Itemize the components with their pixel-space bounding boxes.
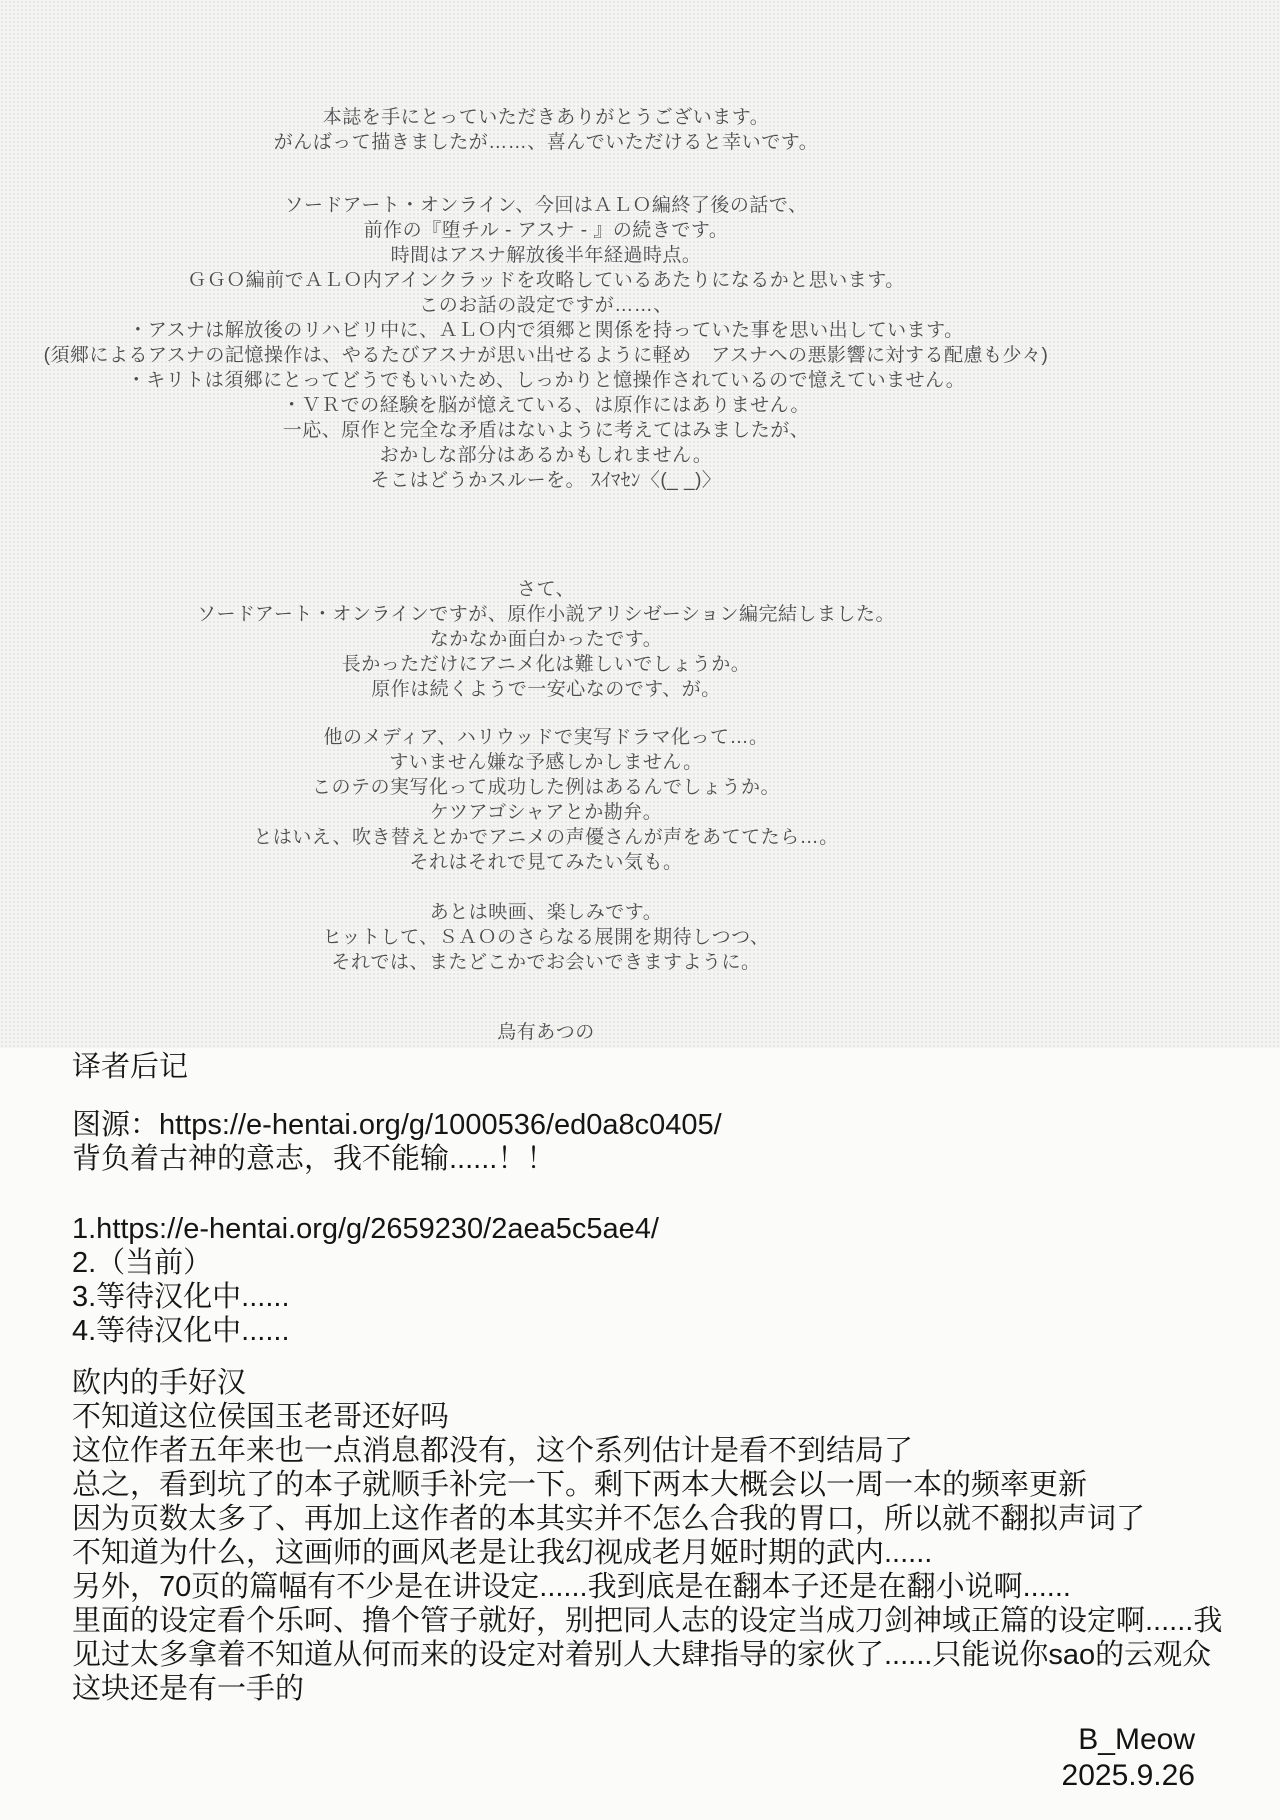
comment-line: 另外，70页的篇幅有不少是在讲设定......我到底是在翻本子还是在翻小说啊..…: [72, 1570, 1222, 1604]
series-list-item: 1.https://e-hentai.org/g/2659230/2aea5c5…: [72, 1212, 1222, 1246]
jp-line: なかなか面白かったです。: [0, 627, 1092, 652]
jp-line: それはそれで見てみたい気も。: [0, 850, 1092, 875]
credit-name: B_Meow: [1062, 1722, 1195, 1758]
note-source-lines: 图源：https://e-hentai.org/g/1000536/ed0a8c…: [72, 1108, 1222, 1176]
jp-line: ソードアート・オンラインですが、原作小説アリシゼーション編完結しました。: [0, 602, 1092, 627]
translator-credit: B_Meow 2025.9.26: [1062, 1722, 1195, 1794]
jp-line: おかしな部分はあるかもしれません。: [0, 443, 1092, 468]
jp-line: 前作の『堕チル - アスナ - 』の続きです。: [0, 218, 1092, 243]
jp-line: このテの実写化って成功した例はあるんでしょうか。: [0, 775, 1092, 800]
comment-line: 不知道为什么，这画师的画风老是让我幻视成老月姬时期的武内......: [72, 1536, 1222, 1570]
jp-line: 本誌を手にとっていただきありがとうございます。: [0, 105, 1092, 130]
jp-line: 原作は続くようで一安心なのです、が。: [0, 677, 1092, 702]
jp-line: さて、: [0, 577, 1092, 602]
series-list-item: 4.等待汉化中......: [72, 1314, 1222, 1348]
note-line: 背负着古神的意志，我不能输......！！: [72, 1142, 1222, 1176]
jp-line: 時間はアスナ解放後半年経過時点。: [0, 243, 1092, 268]
jp-line: ヒットして、ＳＡＯのさらなる展開を期待しつつ、: [0, 925, 1092, 950]
comment-line: 欧内的手好汉: [72, 1366, 1222, 1400]
series-list-item: 2.（当前）: [72, 1246, 1222, 1280]
jp-line: このお話の設定ですが……、: [0, 293, 1092, 318]
jp-line: 一応、原作と完全な矛盾はないように考えてはみましたが、: [0, 418, 1092, 443]
jp-line: ・アスナは解放後のリハビリ中に、ＡＬＯ内で須郷と関係を持っていた事を思い出してい…: [0, 318, 1092, 343]
note-series-list: 1.https://e-hentai.org/g/2659230/2aea5c5…: [72, 1212, 1222, 1348]
jp-paragraph-setting: ソードアート・オンライン、今回はＡＬＯ編終了後の話で、前作の『堕チル - アスナ…: [0, 193, 1092, 493]
translator-note: 译者后记 图源：https://e-hentai.org/g/1000536/e…: [72, 1050, 1222, 1706]
jp-line: とはいえ、吹き替えとかでアニメの声優さんが声をあててたら…。: [0, 825, 1092, 850]
jp-paragraph-media: 他のメディア、ハリウッドで実写ドラマ化って…。すいません嫌な予感しかしません。こ…: [0, 725, 1092, 875]
jp-paragraph-thanks: 本誌を手にとっていただきありがとうございます。がんばって描きましたが……、喜んで…: [0, 105, 1092, 155]
jp-paragraph-novel: さて、ソードアート・オンラインですが、原作小説アリシゼーション編完結しました。な…: [0, 577, 1092, 702]
jp-paragraph-closing: あとは映画、楽しみです。ヒットして、ＳＡＯのさらなる展開を期待しつつ、それでは、…: [0, 900, 1092, 975]
jp-afterword: 本誌を手にとっていただきありがとうございます。がんばって描きましたが……、喜んで…: [0, 105, 1092, 1045]
note-comments: 欧内的手好汉不知道这位侯国玉老哥还好吗这位作者五年来也一点消息都没有，这个系列估…: [72, 1366, 1222, 1706]
author-signature: 烏有あつの: [0, 1020, 1092, 1045]
jp-line: ケツアゴシャアとか勘弁。: [0, 800, 1092, 825]
jp-line: あとは映画、楽しみです。: [0, 900, 1092, 925]
comment-line: 不知道这位侯国玉老哥还好吗: [72, 1400, 1222, 1434]
jp-line: 他のメディア、ハリウッドで実写ドラマ化って…。: [0, 725, 1092, 750]
credit-date: 2025.9.26: [1062, 1758, 1195, 1794]
jp-line: それでは、またどこかでお会いできますように。: [0, 950, 1092, 975]
note-heading: 译者后记: [72, 1050, 1222, 1084]
comment-line: 里面的设定看个乐呵、撸个管子就好，别把同人志的设定当成刀剑神域正篇的设定啊...…: [72, 1604, 1222, 1638]
jp-line: (須郷によるアスナの記憶操作は、やるたびアスナが思い出せるように軽め アスナへの…: [0, 343, 1092, 368]
series-list-item: 3.等待汉化中......: [72, 1280, 1222, 1314]
comment-line: 这块还是有一手的: [72, 1672, 1222, 1706]
jp-line: そこはどうかスルーを。 ｽｲﾏｾﾝ〈(_ _)〉: [0, 468, 1092, 493]
jp-line: がんばって描きましたが……、喜んでいただけると幸いです。: [0, 130, 1092, 155]
jp-line: ソードアート・オンライン、今回はＡＬＯ編終了後の話で、: [0, 193, 1092, 218]
jp-line: 長かっただけにアニメ化は難しいでしょうか。: [0, 652, 1092, 677]
comment-line: 总之，看到坑了的本子就顺手补完一下。剩下两本大概会以一周一本的频率更新: [72, 1468, 1222, 1502]
comment-line: 见过太多拿着不知道从何而来的设定对着别人大肆指导的家伙了......只能说你sa…: [72, 1638, 1222, 1672]
jp-line: ・ＶＲでの経験を脳が憶えている、は原作にはありません。: [0, 393, 1092, 418]
jp-line: すいません嫌な予感しかしません。: [0, 750, 1092, 775]
comment-line: 因为页数太多了、再加上这作者的本其实并不怎么合我的胃口，所以就不翻拟声词了: [72, 1502, 1222, 1536]
comment-line: 这位作者五年来也一点消息都没有，这个系列估计是看不到结局了: [72, 1434, 1222, 1468]
jp-line: ・キリトは須郷にとってどうでもいいため、しっかりと憶操作されているので憶えていま…: [0, 368, 1092, 393]
jp-line: ＧＧＯ編前でＡＬＯ内アインクラッドを攻略しているあたりになるかと思います。: [0, 268, 1092, 293]
note-line: 图源：https://e-hentai.org/g/1000536/ed0a8c…: [72, 1108, 1222, 1142]
